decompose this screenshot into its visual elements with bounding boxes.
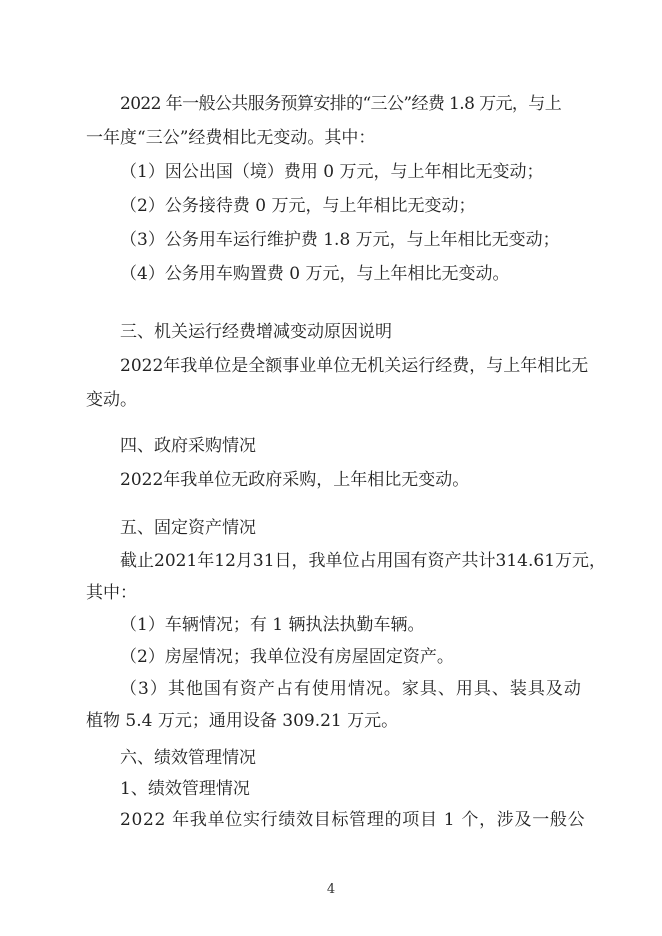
paragraph-line: 2022年我单位是全额事业单位无机关运行经费，与上年相比无	[86, 349, 578, 383]
document-page: 2022 年一般公共服务预算安排的“三公”经费 1.8 万元，与上 一年度“三公…	[0, 0, 662, 936]
list-item-line: （4）公务用车购置费 0 万元，与上年相比无变动。	[86, 257, 578, 291]
paragraph-line: 植物 5.4 万元；通用设备 309.21 万元。	[86, 705, 578, 737]
document-body: 2022 年一般公共服务预算安排的“三公”经费 1.8 万元，与上 一年度“三公…	[86, 87, 578, 836]
section-heading-organ-operating-funds: 三、机关运行经费增减变动原因说明	[86, 315, 578, 349]
paragraph-line: 截止2021年12月31日，我单位占用国有资产共计314.61万元，	[86, 545, 578, 577]
section-heading-performance-management: 六、绩效管理情况	[86, 743, 578, 774]
paragraph-line: 一年度“三公”经费相比无变动。其中：	[86, 121, 578, 155]
list-item-line: （1）因公出国（境）费用 0 万元，与上年相比无变动；	[86, 155, 578, 189]
paragraph-line: 2022 年一般公共服务预算安排的“三公”经费 1.8 万元，与上	[86, 87, 578, 121]
section-heading-government-procurement: 四、政府采购情况	[86, 429, 578, 463]
page-number: 4	[0, 882, 662, 898]
paragraph-line: 其中：	[86, 577, 578, 609]
subsection-heading-performance: 1、绩效管理情况	[86, 774, 578, 805]
list-item-line: （3）公务用车运行维护费 1.8 万元，与上年相比无变动；	[86, 223, 578, 257]
list-item-line: （1）车辆情况；有 1 辆执法执勤车辆。	[86, 609, 578, 641]
paragraph-line: 2022 年我单位实行绩效目标管理的项目 1 个，涉及一般公	[86, 805, 578, 836]
section-heading-fixed-assets: 五、固定资产情况	[86, 511, 578, 545]
list-item-line: （2）房屋情况；我单位没有房屋固定资产。	[86, 641, 578, 673]
list-item-line: （2）公务接待费 0 万元，与上年相比无变动；	[86, 189, 578, 223]
list-item-line: （3）其他国有资产占有使用情况。家具、用具、装具及动	[86, 673, 578, 705]
paragraph-line: 变动。	[86, 383, 578, 417]
paragraph-line: 2022年我单位无政府采购，上年相比无变动。	[86, 463, 578, 497]
